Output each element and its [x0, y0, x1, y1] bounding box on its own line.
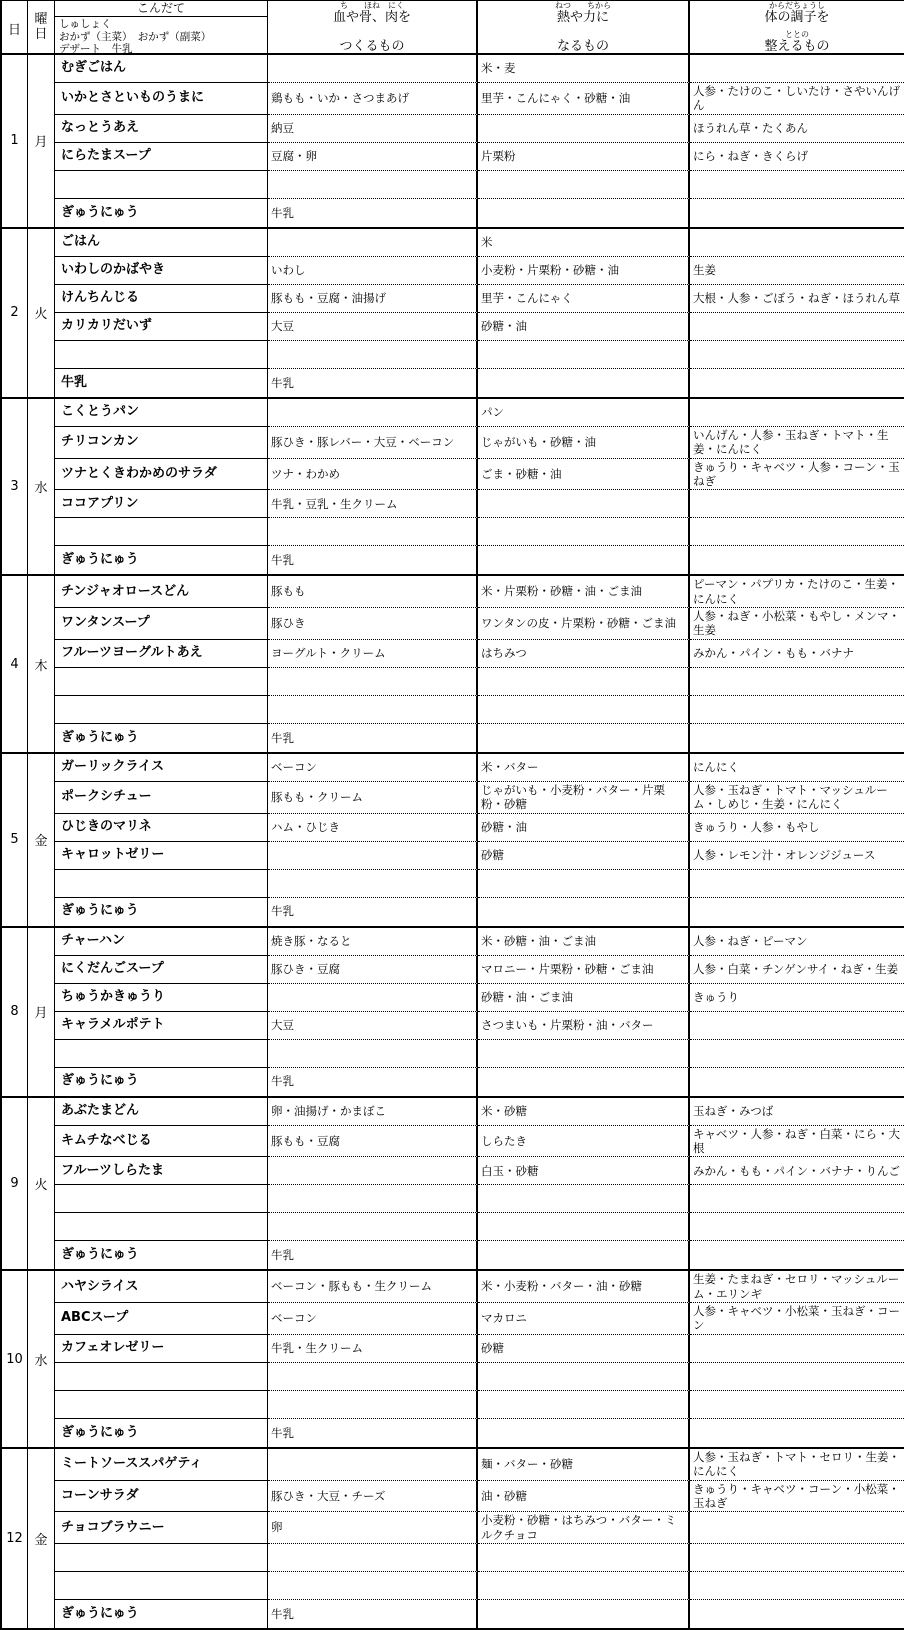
energy-cell: ごま・砂糖・油	[478, 459, 690, 491]
menu-cell: フルーツしらたま	[55, 1157, 268, 1185]
energy-cell	[478, 490, 690, 518]
energy-cell: 小麦粉・片栗粉・砂糖・油	[478, 257, 690, 285]
energy-cell: 米・麦	[478, 55, 690, 83]
header-energy-column: ねつ ちから 熱や力に なるもの	[478, 1, 690, 56]
energy-cell	[478, 1419, 690, 1447]
energy-cell	[478, 1600, 690, 1628]
menu-cell: コーンサラダ	[55, 1481, 268, 1513]
energy-cell: 砂糖・油	[478, 313, 690, 341]
header-menu-sub2: おかず（主菜） おかず（副菜）	[59, 31, 263, 44]
header-energy-line1: 熱や力に	[557, 11, 609, 26]
veg-cell	[690, 171, 904, 199]
menu-cell: キャラメルポテト	[55, 1012, 268, 1040]
menu-cell: なっとうあえ	[55, 115, 268, 143]
weekday-cell: 金	[28, 754, 55, 926]
energy-cell: 砂糖・油・ごま油	[478, 984, 690, 1012]
energy-cell: じゃがいも・砂糖・油	[478, 427, 690, 459]
veg-cell: 人参・ねぎ・ピーマン	[690, 928, 904, 956]
veg-cell	[690, 1391, 904, 1419]
menu-cell: にらたまスープ	[55, 143, 268, 171]
veg-cell	[690, 518, 904, 546]
veg-cell	[690, 696, 904, 724]
energy-cell	[478, 1040, 690, 1068]
menu-cell: にくだんごスープ	[55, 956, 268, 984]
protein-cell	[268, 1391, 478, 1419]
protein-cell: 牛乳	[268, 1419, 478, 1447]
weekday-cell: 月	[28, 928, 55, 1096]
protein-cell: 牛乳	[268, 724, 478, 752]
menu-cell	[55, 171, 268, 199]
day-block: 12金ミートソーススパゲティ麺・バター・砂糖人参・玉ねぎ・トマト・セロリ・生姜・…	[2, 1449, 904, 1630]
energy-cell: マカロニ	[478, 1303, 690, 1335]
energy-cell: 片栗粉	[478, 143, 690, 171]
protein-cell: 牛乳・豆乳・生クリーム	[268, 490, 478, 518]
energy-cell	[478, 668, 690, 696]
weekday-cell: 木	[28, 576, 55, 752]
header-weekday: 曜 日	[28, 1, 55, 56]
energy-cell	[478, 1363, 690, 1391]
day-block: 4木チンジャオロースどん豚もも米・片栗粉・砂糖・油・ごま油ピーマン・パプリカ・た…	[2, 576, 904, 754]
veg-cell	[690, 898, 904, 926]
day-block: 2火ごはん米いわしのかばやきいわし小麦粉・片栗粉・砂糖・油生姜けんちんじる豚もも…	[2, 229, 904, 399]
day-number-cell: 8	[2, 928, 28, 1096]
protein-cell: ヨーグルト・クリーム	[268, 640, 478, 668]
energy-cell: パン	[478, 399, 690, 427]
protein-cell	[268, 1040, 478, 1068]
veg-cell: 大根・人参・ごぼう・ねぎ・ほうれん草	[690, 285, 904, 313]
menu-cell: ABCスープ	[55, 1303, 268, 1335]
menu-cell: ハヤシライス	[55, 1271, 268, 1303]
veg-cell	[690, 1419, 904, 1447]
menu-cell	[55, 1185, 268, 1213]
veg-cell: 人参・白菜・チンゲンサイ・ねぎ・生姜	[690, 956, 904, 984]
protein-cell: 牛乳・生クリーム	[268, 1335, 478, 1363]
veg-cell: にら・ねぎ・きくらげ	[690, 143, 904, 171]
day-number-cell: 2	[2, 229, 28, 397]
weekday-cell: 水	[28, 1271, 55, 1447]
energy-cell	[478, 518, 690, 546]
header-day: 日	[2, 1, 28, 56]
veg-cell	[690, 1040, 904, 1068]
veg-cell	[690, 490, 904, 518]
veg-cell: 人参・玉ねぎ・トマト・マッシュルーム・しめじ・生姜・にんにく	[690, 782, 904, 814]
veg-cell	[690, 668, 904, 696]
energy-cell	[478, 1185, 690, 1213]
veg-cell: 人参・レモン汁・オレンジジュース	[690, 842, 904, 870]
header-veg-line2: 整えるもの	[764, 40, 829, 55]
menu-cell: ひじきのマリネ	[55, 814, 268, 842]
menu-cell	[55, 1544, 268, 1572]
energy-cell: しらたき	[478, 1126, 690, 1158]
protein-cell: 卵	[268, 1512, 478, 1544]
header-veg-column: からだちょうし 体の調子を ととの 整えるもの	[690, 1, 904, 56]
menu-cell	[55, 696, 268, 724]
menu-cell: キャロットゼリー	[55, 842, 268, 870]
protein-cell: 豚もも・クリーム	[268, 782, 478, 814]
protein-cell: 豚ひき・大豆・チーズ	[268, 1481, 478, 1513]
energy-cell: 砂糖	[478, 842, 690, 870]
energy-cell	[478, 341, 690, 369]
veg-cell: キャベツ・人参・ねぎ・白菜・にら・大根	[690, 1126, 904, 1158]
veg-cell: きゅうり	[690, 984, 904, 1012]
protein-cell: 牛乳	[268, 898, 478, 926]
veg-cell: 生姜	[690, 257, 904, 285]
energy-cell: 里芋・こんにゃく	[478, 285, 690, 313]
veg-cell: みかん・パイン・もも・バナナ	[690, 640, 904, 668]
protein-cell: 牛乳	[268, 199, 478, 227]
protein-cell: 豚もも・豆腐	[268, 1126, 478, 1158]
table-header: 日 曜 日 こんだて しゅしょく おかず（主菜） おかず（副菜） デザート 牛乳…	[2, 1, 904, 55]
protein-cell	[268, 1213, 478, 1241]
veg-cell	[690, 341, 904, 369]
protein-cell: 豚もも	[268, 576, 478, 608]
protein-cell: 卵・油揚げ・かまぼこ	[268, 1098, 478, 1126]
menu-cell	[55, 1213, 268, 1241]
energy-cell: ワンタンの皮・片栗粉・砂糖・ごま油	[478, 608, 690, 640]
energy-cell: 米・バター	[478, 754, 690, 782]
veg-cell	[690, 1185, 904, 1213]
day-number-cell: 1	[2, 55, 28, 227]
menu-cell: ワンタンスープ	[55, 608, 268, 640]
header-menu-subtitles: しゅしょく おかず（主菜） おかず（副菜） デザート 牛乳	[55, 17, 267, 56]
day-block: 3水こくとうパンパンチリコンカン豚ひき・豚レバー・大豆・ベーコンじゃがいも・砂糖…	[2, 399, 904, 577]
veg-cell: ピーマン・パプリカ・たけのこ・生姜・にんにく	[690, 576, 904, 608]
day-block: 8月チャーハン焼き豚・なると米・砂糖・油・ごま油人参・ねぎ・ピーマンにくだんごス…	[2, 928, 904, 1098]
protein-cell: いわし	[268, 257, 478, 285]
energy-cell: 里芋・こんにゃく・砂糖・油	[478, 83, 690, 115]
day-blocks: 1月むぎごはん米・麦いかとさといものうまに鶏もも・いか・さつまあげ里芋・こんにゃ…	[2, 55, 904, 1630]
energy-cell	[478, 546, 690, 574]
menu-cell: あぶたまどん	[55, 1098, 268, 1126]
veg-cell	[690, 1512, 904, 1544]
menu-cell: カリカリだいず	[55, 313, 268, 341]
protein-cell: 大豆	[268, 1012, 478, 1040]
day-number-cell: 4	[2, 576, 28, 752]
menu-cell: ガーリックライス	[55, 754, 268, 782]
header-menu-column: こんだて しゅしょく おかず（主菜） おかず（副菜） デザート 牛乳	[55, 1, 268, 56]
menu-cell: ぎゅうにゅう	[55, 1600, 268, 1628]
veg-cell: 生姜・たまねぎ・セロリ・マッシュルーム・エリンギ	[690, 1271, 904, 1303]
day-number-cell: 3	[2, 399, 28, 575]
menu-cell	[55, 668, 268, 696]
energy-cell: 白玉・砂糖	[478, 1157, 690, 1185]
protein-cell: 豚ひき・豚レバー・大豆・ベーコン	[268, 427, 478, 459]
header-protein-line1: 血や骨、肉を	[333, 11, 411, 26]
protein-cell: 焼き豚・なると	[268, 928, 478, 956]
protein-cell: 牛乳	[268, 1241, 478, 1269]
veg-cell	[690, 1600, 904, 1628]
veg-cell: 玉ねぎ・みつば	[690, 1098, 904, 1126]
veg-cell	[690, 1241, 904, 1269]
protein-cell	[268, 55, 478, 83]
energy-cell	[478, 696, 690, 724]
protein-cell	[268, 1572, 478, 1600]
menu-cell: けんちんじる	[55, 285, 268, 313]
veg-cell	[690, 313, 904, 341]
protein-cell: ツナ・わかめ	[268, 459, 478, 491]
protein-cell	[268, 1363, 478, 1391]
menu-cell: カフェオレゼリー	[55, 1335, 268, 1363]
menu-cell: ぎゅうにゅう	[55, 1419, 268, 1447]
energy-cell	[478, 724, 690, 752]
menu-cell: ぎゅうにゅう	[55, 1241, 268, 1269]
energy-cell: 米・片栗粉・砂糖・油・ごま油	[478, 576, 690, 608]
protein-cell: 豆腐・卵	[268, 143, 478, 171]
energy-cell: 油・砂糖	[478, 1481, 690, 1513]
veg-cell: みかん・もも・パイン・バナナ・りんご	[690, 1157, 904, 1185]
protein-cell: 大豆	[268, 313, 478, 341]
protein-cell: 豚ひき・豆腐	[268, 956, 478, 984]
menu-cell	[55, 1040, 268, 1068]
day-number-cell: 10	[2, 1271, 28, 1447]
protein-cell: 牛乳	[268, 1600, 478, 1628]
veg-cell	[690, 369, 904, 397]
protein-cell	[268, 341, 478, 369]
day-block: 1月むぎごはん米・麦いかとさといものうまに鶏もも・いか・さつまあげ里芋・こんにゃ…	[2, 55, 904, 229]
day-number-cell: 5	[2, 754, 28, 926]
menu-cell: チョコブラウニー	[55, 1512, 268, 1544]
protein-cell: 牛乳	[268, 546, 478, 574]
menu-cell: こくとうパン	[55, 399, 268, 427]
menu-cell: 牛乳	[55, 369, 268, 397]
menu-cell: ぎゅうにゅう	[55, 546, 268, 574]
protein-cell	[268, 842, 478, 870]
header-menu-title: こんだて	[55, 1, 267, 17]
protein-cell	[268, 1544, 478, 1572]
protein-cell: 豚もも・豆腐・油揚げ	[268, 285, 478, 313]
veg-cell: 人参・ねぎ・小松菜・もやし・メンマ・生姜	[690, 608, 904, 640]
protein-cell	[268, 668, 478, 696]
energy-cell: 米	[478, 229, 690, 257]
energy-cell	[478, 1391, 690, 1419]
protein-cell	[268, 399, 478, 427]
menu-cell: いかとさといものうまに	[55, 83, 268, 115]
menu-cell: フルーツヨーグルトあえ	[55, 640, 268, 668]
protein-cell: ハム・ひじき	[268, 814, 478, 842]
menu-cell: ごはん	[55, 229, 268, 257]
menu-cell: チャーハン	[55, 928, 268, 956]
veg-cell	[690, 870, 904, 898]
protein-cell: 鶏もも・いか・さつまあげ	[268, 83, 478, 115]
energy-cell	[478, 115, 690, 143]
protein-cell	[268, 1449, 478, 1481]
energy-cell: さつまいも・片栗粉・油・バター	[478, 1012, 690, 1040]
protein-cell	[268, 696, 478, 724]
protein-cell	[268, 870, 478, 898]
veg-cell	[690, 229, 904, 257]
protein-cell	[268, 1157, 478, 1185]
veg-cell	[690, 1012, 904, 1040]
energy-cell: マロニー・片栗粉・砂糖・ごま油	[478, 956, 690, 984]
energy-cell	[478, 1544, 690, 1572]
header-menu-sub3: デザート 牛乳	[59, 43, 263, 56]
protein-cell	[268, 171, 478, 199]
veg-cell	[690, 724, 904, 752]
menu-cell: ポークシチュー	[55, 782, 268, 814]
energy-cell: 砂糖・油	[478, 814, 690, 842]
veg-cell	[690, 1572, 904, 1600]
header-menu-sub1: しゅしょく	[59, 18, 263, 31]
menu-cell: ちゅうかきゅうり	[55, 984, 268, 1012]
energy-cell: 米・小麦粉・バター・油・砂糖	[478, 1271, 690, 1303]
header-protein-line2: つくるもの	[339, 40, 404, 55]
menu-cell: チンジャオロースどん	[55, 576, 268, 608]
energy-cell	[478, 199, 690, 227]
day-number-cell: 9	[2, 1098, 28, 1270]
energy-cell: 米・砂糖	[478, 1098, 690, 1126]
day-block: 9火あぶたまどん卵・油揚げ・かまぼこ米・砂糖玉ねぎ・みつばキムチなべじる豚もも・…	[2, 1098, 904, 1272]
protein-cell	[268, 229, 478, 257]
energy-cell: はちみつ	[478, 640, 690, 668]
veg-cell: 人参・玉ねぎ・トマト・セロリ・生姜・にんにく	[690, 1449, 904, 1481]
energy-cell	[478, 1213, 690, 1241]
veg-cell	[690, 1213, 904, 1241]
menu-cell: いわしのかばやき	[55, 257, 268, 285]
veg-cell	[690, 1068, 904, 1096]
energy-cell: 麺・バター・砂糖	[478, 1449, 690, 1481]
energy-cell	[478, 898, 690, 926]
energy-cell	[478, 1241, 690, 1269]
menu-cell: むぎごはん	[55, 55, 268, 83]
energy-cell: 小麦粉・砂糖・はちみつ・バター・ミルクチョコ	[478, 1512, 690, 1544]
veg-cell	[690, 399, 904, 427]
veg-cell	[690, 1544, 904, 1572]
protein-cell: ベーコン・豚もも・生クリーム	[268, 1271, 478, 1303]
weekday-cell: 金	[28, 1449, 55, 1628]
header-energy-line2: なるもの	[557, 40, 609, 55]
menu-cell: ぎゅうにゅう	[55, 199, 268, 227]
weekday-cell: 水	[28, 399, 55, 575]
veg-cell: きゅうり・キャベツ・人参・コーン・玉ねぎ	[690, 459, 904, 491]
menu-cell: ぎゅうにゅう	[55, 898, 268, 926]
energy-cell	[478, 171, 690, 199]
veg-cell: 人参・たけのこ・しいたけ・さやいんげん	[690, 83, 904, 115]
header-veg-line1: 体の調子を	[764, 11, 829, 26]
menu-cell: ぎゅうにゅう	[55, 1068, 268, 1096]
lunch-menu-table: 日 曜 日 こんだて しゅしょく おかず（主菜） おかず（副菜） デザート 牛乳…	[0, 0, 904, 1630]
menu-cell	[55, 1572, 268, 1600]
veg-cell: ほうれん草・たくあん	[690, 115, 904, 143]
energy-cell	[478, 870, 690, 898]
protein-cell	[268, 984, 478, 1012]
protein-cell: ベーコン	[268, 1303, 478, 1335]
menu-cell	[55, 1391, 268, 1419]
veg-cell	[690, 1363, 904, 1391]
energy-cell	[478, 369, 690, 397]
veg-cell	[690, 199, 904, 227]
veg-cell	[690, 55, 904, 83]
veg-cell: にんにく	[690, 754, 904, 782]
menu-cell	[55, 518, 268, 546]
protein-cell: ベーコン	[268, 754, 478, 782]
menu-cell: ツナとくきわかめのサラダ	[55, 459, 268, 491]
day-block: 10水ハヤシライスベーコン・豚もも・生クリーム米・小麦粉・バター・油・砂糖生姜・…	[2, 1271, 904, 1449]
weekday-cell: 火	[28, 1098, 55, 1270]
veg-cell: きゅうり・キャベツ・コーン・小松菜・玉ねぎ	[690, 1481, 904, 1513]
day-block: 5金ガーリックライスベーコン米・バターにんにくポークシチュー豚もも・クリームじゃ…	[2, 754, 904, 928]
menu-cell: キムチなべじる	[55, 1126, 268, 1158]
energy-cell	[478, 1572, 690, 1600]
menu-cell	[55, 870, 268, 898]
protein-cell: 牛乳	[268, 369, 478, 397]
header-protein-column: ち ほね にく 血や骨、肉を つくるもの	[268, 1, 478, 56]
energy-cell: じゃがいも・小麦粉・バター・片栗粉・砂糖	[478, 782, 690, 814]
protein-cell: 納豆	[268, 115, 478, 143]
menu-cell	[55, 341, 268, 369]
protein-cell: 豚ひき	[268, 608, 478, 640]
weekday-cell: 火	[28, 229, 55, 397]
menu-cell	[55, 1363, 268, 1391]
protein-cell	[268, 1185, 478, 1213]
energy-cell	[478, 1068, 690, 1096]
energy-cell: 米・砂糖・油・ごま油	[478, 928, 690, 956]
protein-cell	[268, 518, 478, 546]
veg-cell: 人参・キャベツ・小松菜・玉ねぎ・コーン	[690, 1303, 904, 1335]
veg-cell	[690, 546, 904, 574]
energy-cell: 砂糖	[478, 1335, 690, 1363]
veg-cell: きゅうり・人参・もやし	[690, 814, 904, 842]
weekday-cell: 月	[28, 55, 55, 227]
menu-cell: ぎゅうにゅう	[55, 724, 268, 752]
veg-cell	[690, 1335, 904, 1363]
menu-cell: チリコンカン	[55, 427, 268, 459]
protein-cell: 牛乳	[268, 1068, 478, 1096]
menu-cell: ココアプリン	[55, 490, 268, 518]
day-number-cell: 12	[2, 1449, 28, 1628]
menu-cell: ミートソーススパゲティ	[55, 1449, 268, 1481]
veg-cell: いんげん・人参・玉ねぎ・トマト・生姜・にんにく	[690, 427, 904, 459]
